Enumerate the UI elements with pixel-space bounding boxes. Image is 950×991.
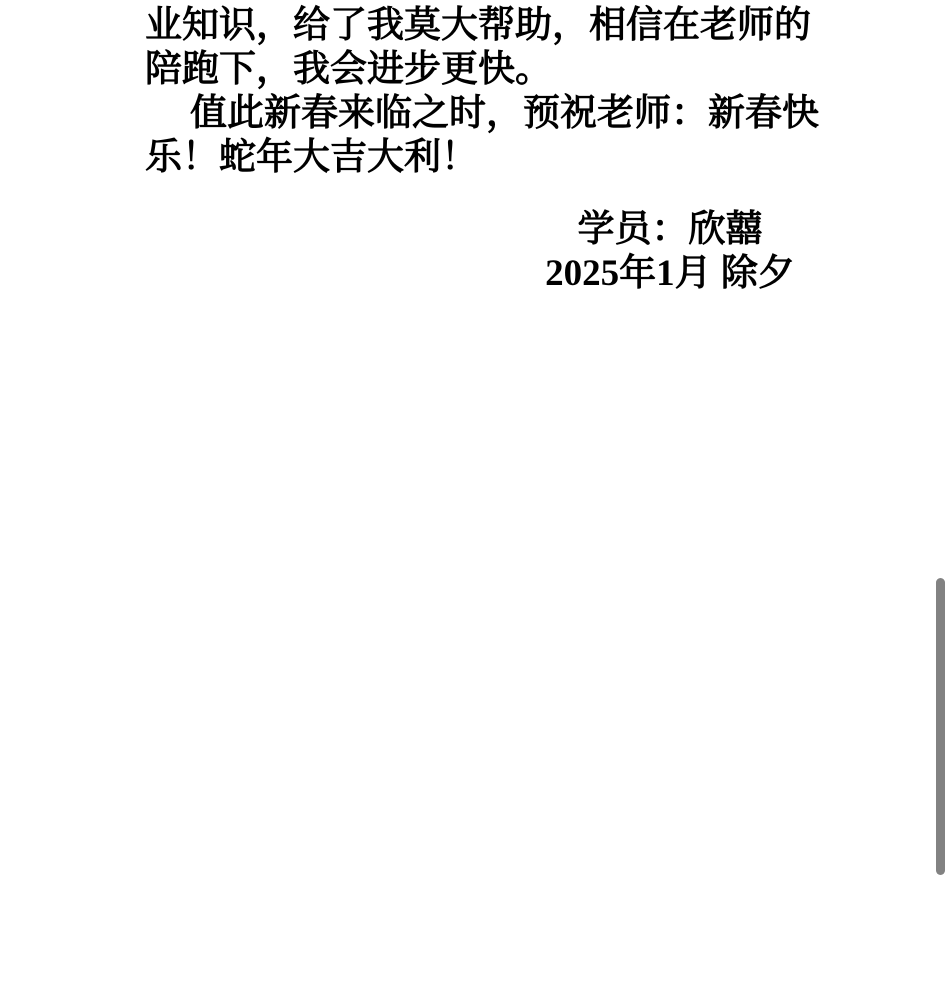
letter-line: 陪跑下，我会进步更快。	[145, 47, 825, 91]
letter-body: 业知识，给了我莫大帮助，相信在老师的 陪跑下，我会进步更快。 值此新春来临之时，…	[145, 3, 825, 179]
signature-name: 学员：欣囍	[450, 206, 890, 251]
signature-date: 2025年1月 除夕	[450, 251, 890, 296]
letter-line: 乐！蛇年大吉大利！	[145, 135, 825, 179]
scrollbar-thumb[interactable]	[936, 578, 945, 875]
signature-block: 学员：欣囍 2025年1月 除夕	[450, 206, 890, 296]
letter-line: 业知识，给了我莫大帮助，相信在老师的	[145, 3, 825, 47]
letter-line: 值此新春来临之时，预祝老师：新春快	[145, 91, 825, 135]
letter-page: 业知识，给了我莫大帮助，相信在老师的 陪跑下，我会进步更快。 值此新春来临之时，…	[0, 0, 950, 991]
